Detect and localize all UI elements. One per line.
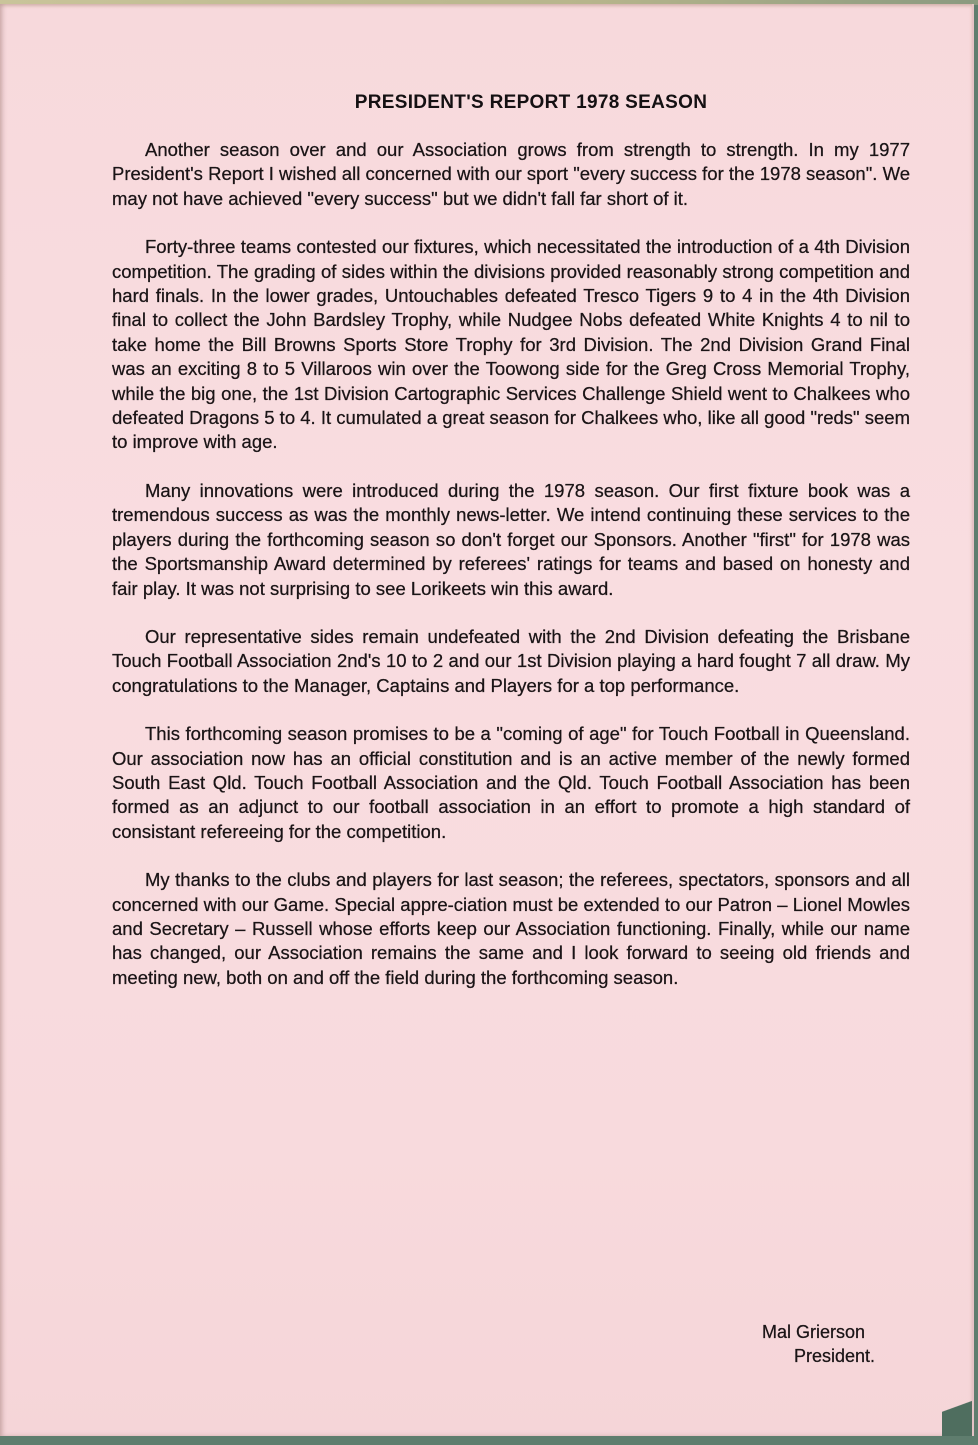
paragraph-coming-of-age: This forthcoming season promises to be a… — [112, 722, 910, 844]
signature-name: Mal Grierson — [762, 1320, 875, 1344]
signature-role: President. — [762, 1344, 875, 1368]
report-title: PRESIDENT'S REPORT 1978 SEASON — [152, 92, 910, 114]
paragraph-representative-sides: Our representative sides remain undefeat… — [112, 625, 910, 698]
paragraph-thanks: My thanks to the clubs and players for l… — [112, 868, 910, 990]
paragraph-finals-results: Forty-three teams contested our fixtures… — [112, 235, 910, 455]
paragraph-innovations: Many innovations were introduced during … — [112, 479, 910, 601]
signature-block: Mal Grierson President. — [762, 1320, 875, 1368]
paragraph-season-summary: Another season over and our Association … — [112, 138, 910, 211]
page-corner — [942, 1376, 972, 1436]
report-body: PRESIDENT'S REPORT 1978 SEASON Another s… — [112, 92, 910, 1014]
